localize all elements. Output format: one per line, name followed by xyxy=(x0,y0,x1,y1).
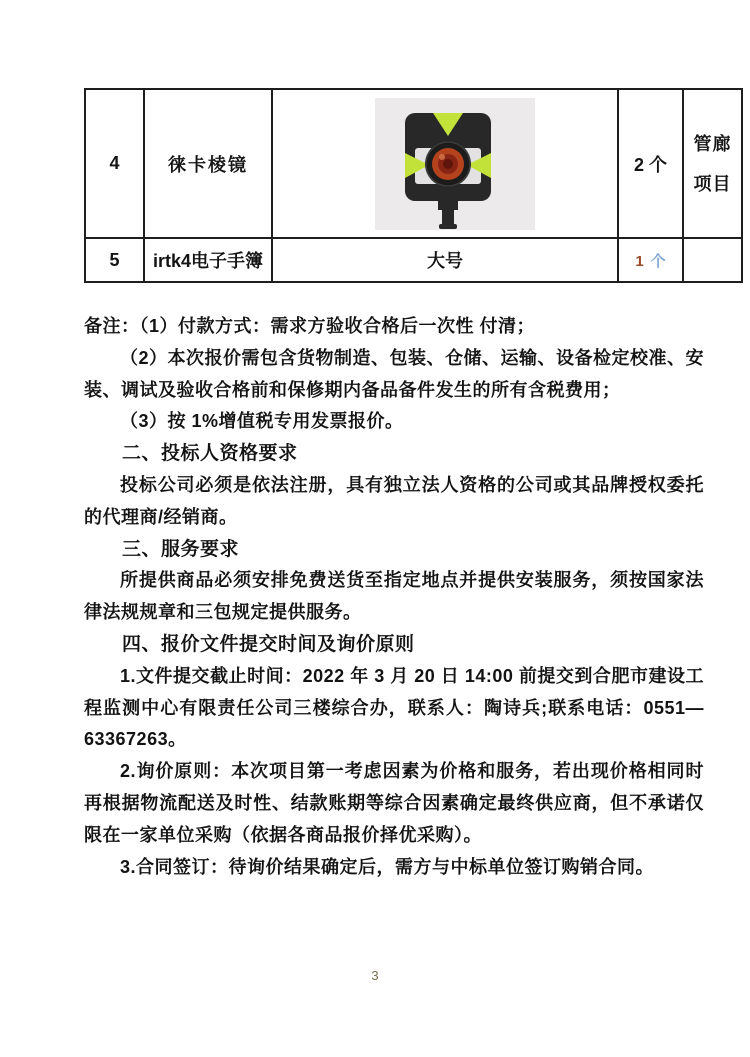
page-number: 3 xyxy=(0,968,750,983)
project-line-2: 项目 xyxy=(684,164,741,204)
row5-seq: 5 xyxy=(85,238,144,282)
note-line-3: （3）按 1%增值税专用发票报价。 xyxy=(84,406,704,438)
prism-stem-base xyxy=(439,224,457,229)
row5-quantity-unit: 个 xyxy=(651,253,666,270)
row5-project xyxy=(683,238,742,282)
note-line-1: 备注：（1）付款方式：需求方验收合格后一次性 付清； xyxy=(84,311,704,343)
row4-seq: 4 xyxy=(85,89,144,238)
row4-quantity: 2 个 xyxy=(618,89,683,238)
prism-lens-core xyxy=(443,159,453,169)
prism-neck xyxy=(438,201,458,210)
items-table: 4 徕卡棱镜 xyxy=(84,88,743,283)
row4-image-cell xyxy=(272,89,618,238)
section4-title: 四、报价文件提交时间及询价原则 xyxy=(84,629,704,661)
row5-quantity: 1个 xyxy=(618,238,683,282)
prism-lens-highlight xyxy=(439,154,445,160)
note-line-2: （2）本次报价需包含货物制造、包装、仓储、运输、设备检定校准、安装、调试及验收合… xyxy=(84,343,704,407)
row5-spec: 大号 xyxy=(272,238,618,282)
leica-prism-photo xyxy=(375,98,535,230)
section4-item-2: 2.询价原则：本次项目第一考虑因素为价格和服务，若出现价格相同时再根据物流配送及… xyxy=(84,756,704,851)
row4-project: 管廊 项目 xyxy=(683,89,742,238)
document-body: 备注：（1）付款方式：需求方验收合格后一次性 付清； （2）本次报价需包含货物制… xyxy=(84,311,704,883)
prism-stem xyxy=(442,210,454,226)
project-line-1: 管廊 xyxy=(684,124,741,164)
table-row-5: 5 irtk4电子手簿 大号 1个 xyxy=(85,238,742,282)
row5-quantity-number: 1 xyxy=(635,253,643,270)
row4-item-name: 徕卡棱镜 xyxy=(144,89,272,238)
section3-title: 三、服务要求 xyxy=(84,534,704,566)
section2-body: 投标公司必须是依法注册，具有独立法人资格的公司或其品牌授权委托的代理商/经销商。 xyxy=(84,470,704,534)
section3-body: 所提供商品必须安排免费送货至指定地点并提供安装服务，须按国家法律法规规章和三包规… xyxy=(84,565,704,629)
section4-item-1: 1.文件提交截止时间：2022 年 3 月 20 日 14:00 前提交到合肥市… xyxy=(84,661,704,756)
section4-item-3: 3.合同签订：待询价结果确定后，需方与中标单位签订购销合同。 xyxy=(84,852,704,884)
table-row-4: 4 徕卡棱镜 xyxy=(85,89,742,238)
section2-title: 二、投标人资格要求 xyxy=(84,438,704,470)
document-page: 4 徕卡棱镜 xyxy=(0,0,750,1057)
row5-item-name: irtk4电子手簿 xyxy=(144,238,272,282)
